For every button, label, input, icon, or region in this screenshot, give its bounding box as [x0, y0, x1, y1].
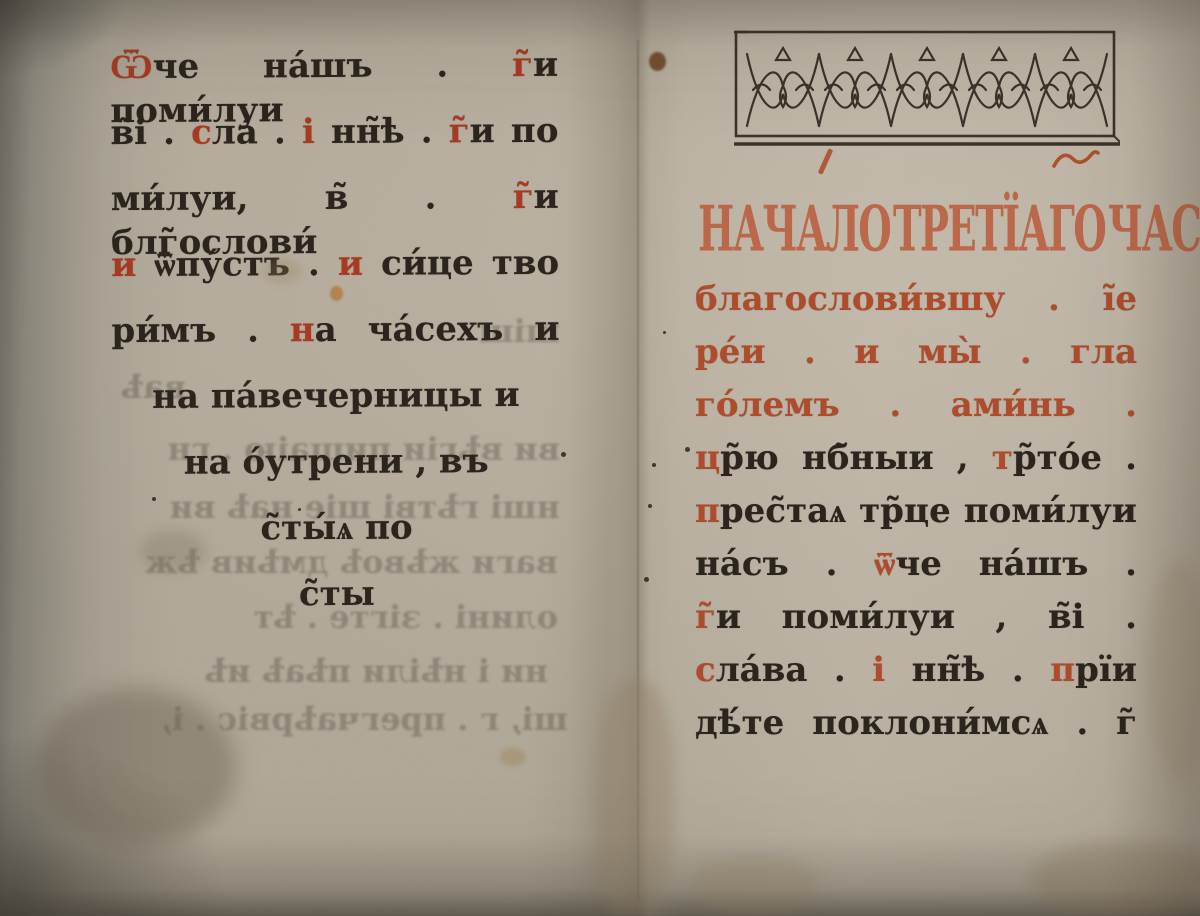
manuscript-line: дѣ́те поклони́мсѧ . г̃	[695, 700, 1137, 753]
body-text: ри́мъ .	[111, 310, 290, 351]
rubric-text: і	[872, 650, 885, 690]
manuscript-line: с̃ты	[113, 571, 561, 639]
bleedthrough-line: ни і нѣіли пѣаѣ иѣ	[118, 652, 548, 690]
body-text: дѣ́те поклони́мсѧ . г̃	[695, 703, 1137, 743]
manuscript-line: ри́мъ . на ча́сехъ и	[111, 307, 559, 375]
body-text: ла́ .	[212, 112, 302, 152]
body-text: а ча́сехъ и	[315, 309, 560, 350]
manuscript-line: цр̃ю нб̃ныи , тр̃то́е .	[695, 435, 1137, 488]
section-title: НАЧАЛО ТРЕТЇАГО ЧАСА	[698, 182, 1120, 289]
body-text: на па́вечерницы и	[152, 375, 520, 417]
stain	[1030, 842, 1200, 916]
wormhole	[648, 504, 652, 508]
rubric-text: г̃	[695, 597, 716, 637]
manuscript-line: на па́вечерницы и	[112, 373, 560, 441]
manuscript-line: на о́утрени , въ	[112, 439, 560, 507]
rubric-text: ц	[695, 438, 720, 478]
rubric-text: і	[302, 112, 315, 152]
stain	[649, 52, 666, 71]
wormhole	[152, 497, 156, 501]
rubric-text: п	[695, 491, 720, 531]
manuscript-line: и ѿпу́стъ . и си́це тво	[111, 241, 559, 309]
rubric-text: ѿ	[874, 544, 895, 584]
stain	[1148, 560, 1200, 780]
body-text: с̃ты́ѧ по	[260, 508, 412, 549]
body-text: и поми́луи , в̃і .	[716, 597, 1137, 637]
wormhole	[298, 508, 301, 511]
body-text: ла́ва .	[716, 650, 873, 690]
manuscript-line: прес̃таѧ тр̃це поми́луи	[695, 488, 1137, 541]
body-text: си́це тво	[363, 243, 559, 284]
manuscript-line: г̃и поми́луи , в̃і .	[695, 594, 1137, 647]
manuscript-line: ми́луи, в̃ . г̃и блг̃ослови́	[111, 175, 559, 243]
rubric-text: Ѿ	[110, 47, 153, 87]
left-page-text: Ѿче на́шъ . г̃и поми́луив̃і . сла́ . і н…	[110, 43, 558, 45]
gutter-stain	[596, 680, 674, 916]
body-text: в̃і .	[110, 113, 191, 153]
wormhole	[663, 331, 666, 334]
wormhole	[652, 463, 656, 467]
rubric-text: н	[290, 310, 315, 350]
rubric-text: с	[191, 113, 212, 153]
stain	[500, 748, 526, 766]
rubric-text: т	[992, 438, 1013, 478]
body-text: нн̃ѣ .	[885, 650, 1050, 690]
manuscript-line: с̃ты́ѧ по	[112, 505, 560, 573]
manuscript-line: Ѿче на́шъ . г̃и поми́луи	[110, 43, 558, 111]
body-text: че на́шъ .	[895, 544, 1137, 584]
stain	[690, 856, 820, 914]
body-text: на́съ .	[695, 544, 874, 584]
rubric-text: п	[1050, 650, 1075, 690]
wormhole	[561, 452, 566, 457]
manuscript-line: го́лемъ . ами́нь .	[695, 382, 1137, 435]
body-text: и по	[469, 111, 558, 151]
body-text: ѿпу́стъ .	[136, 244, 338, 285]
manuscript-line: ре́и . и мы̀ . гла	[695, 329, 1137, 382]
body-text: р̃ю нб̃ныи ,	[720, 438, 992, 478]
body-text: на о́утрени , въ	[184, 441, 489, 483]
rubric-text: г̃	[512, 45, 533, 85]
body-text: нн̃ѣ .	[315, 111, 449, 152]
manuscript-line: в̃і . сла́ . і нн̃ѣ . г̃и по	[110, 109, 558, 177]
title-flourish	[1052, 146, 1100, 174]
manuscript-line: сла́ва . і нн̃ѣ . прїи	[695, 647, 1137, 700]
title-accent-mark	[818, 148, 834, 175]
body-text: с̃ты	[299, 574, 375, 614]
rubric-text: го́лемъ . ами́нь .	[695, 385, 1137, 425]
body-text: ми́луи, в̃ .	[111, 177, 513, 219]
rubric-text: благослови́вшу . і̃е	[695, 279, 1137, 319]
headpiece-ornament	[734, 30, 1120, 152]
wormhole	[644, 577, 649, 582]
rubric-text: ре́и . и мы̀ . гла	[695, 332, 1137, 372]
manuscript-line: на́съ . ѿче на́шъ .	[695, 541, 1137, 594]
body-text: рес̃таѧ тр̃це поми́луи	[720, 491, 1137, 531]
bleedthrough-line: ші, г . прегчаѣрвіс . і, іаи	[148, 700, 568, 738]
manuscript-line: благослови́вшу . і̃е	[695, 276, 1137, 329]
rubric-text: и	[111, 245, 136, 285]
book-photo: НАЧАЛО ТРЕТЇАГО ЧАСА шішваѣви вѣгіи пища…	[0, 0, 1200, 916]
rubric-text: г̃	[449, 111, 470, 151]
rubric-text: с	[695, 650, 716, 690]
rubric-text: и	[338, 244, 363, 284]
body-text: р̃то́е .	[1013, 438, 1137, 478]
rubric-text: г̃	[513, 177, 534, 217]
body-text: рїи	[1075, 650, 1137, 690]
wormhole	[685, 447, 690, 452]
body-text: че на́шъ .	[153, 45, 513, 87]
